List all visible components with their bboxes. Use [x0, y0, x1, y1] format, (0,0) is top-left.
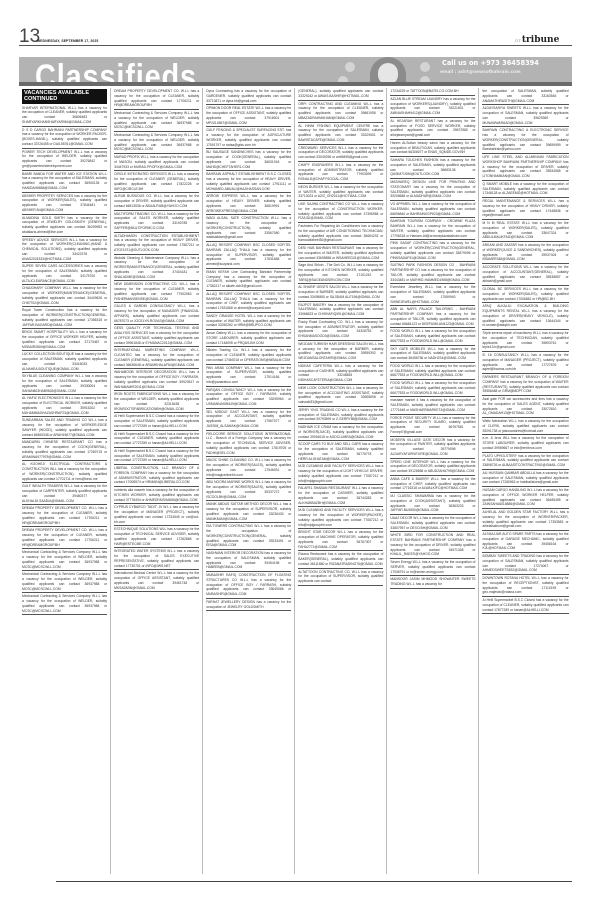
classified-ad: WADI ALSAIL SATE CONSTRUCTION W.L.L has …: [206, 215, 291, 242]
classified-ad: Seven Energy W.L.L has a vacancy for the…: [390, 559, 475, 576]
classified-ad: ORPI CONTRACTING AND CLEANING W.L.L has …: [298, 101, 383, 123]
classified-ad: SEL MIDDLE EAST W.L.L has a vacancy for …: [206, 409, 291, 431]
classified-ad: Sage And Sirloin - The Deli Co. W.L.L ha…: [298, 262, 383, 284]
classified-ad: LUCKY COLLECTION BOUTIQUE has a vacancy …: [22, 351, 107, 373]
classified-ad: OPINION DOOR REAL ESTATE W.L.L has a vac…: [206, 105, 291, 127]
header-rule: [272, 45, 572, 46]
classified-ad: ANNA CAFE & BAKERY W.L.L has a vacancy f…: [390, 476, 475, 493]
column-6: the occupation of SALESMAN, suitably qua…: [479, 88, 571, 874]
classified-ad: D S D CARGO BAHRAINI PARTNERSHIP COMPANY…: [22, 127, 107, 149]
classified-ad: Al Helli Supermarket B.S.C Closed has a …: [114, 431, 199, 448]
classified-ad: DESI HUB BAHRAIN RESTAURANT has a vacanc…: [298, 245, 383, 262]
classified-ad: ARROW EXPRESS W.L.L has a vacancy for th…: [206, 193, 291, 215]
classified-ad: REGAL MAINTENANCE & SERVICES W.L.L has a…: [482, 198, 568, 220]
classified-ad: MJ CLASSIC SHAWARMA has a vacancy for th…: [390, 493, 475, 515]
classified-ad: MULTIFORM TRADING CO. W.L.L has a vacanc…: [114, 211, 199, 233]
classified-ad: INTEGRATED WATER SYSTEMS W.L.L has a vac…: [114, 548, 199, 570]
classified-ad: SKY GATE MOBILES W.L.L has a vacancy for…: [390, 346, 475, 363]
classified-ad: BRICK SMART HOSPITALITY W.L.L has a vaca…: [22, 329, 107, 351]
classified-ad: BABRI BANDA FOR WATER AND ICE STATION W.…: [22, 171, 107, 193]
classified-ad: NEW LOOK CONSTRUCTION W.L.L has a vacanc…: [298, 385, 383, 407]
classified-ad: MANDARIN CHINESE RESTAURANT CO has a vac…: [22, 439, 107, 461]
classified-ad: RAJPOT BAKERY has a vacancy for the occu…: [298, 302, 383, 319]
classified-ad: Mechanical Contracting & Services Compan…: [22, 549, 107, 571]
classified-ad: UAAZ DECOR W.L.L has a vacancy for the o…: [390, 515, 475, 532]
classified-ad: 17234225 or TATTOON@BATELCO.COM.BH: [390, 88, 475, 96]
banner-underline: [19, 82, 572, 86]
classified-ad: WEJDAN TURKISH HAIR DRESSING SALON W.L.L…: [298, 341, 383, 363]
classified-ad: M N M REAL ESTATE W.L.L has a vacancy fo…: [482, 220, 568, 242]
classified-ad: ISA TOWERS CONTRACTING W.L.L has a vacan…: [206, 523, 291, 550]
classified-ad: MURAD PROFIX W.L.L has a vacancy for the…: [114, 154, 199, 171]
classified-ad: WHITE BIRD FOR CONSTRUCTION AND REAL EST…: [390, 532, 475, 559]
mobile-icon: [420, 62, 430, 72]
classified-ad: AZLAN BLUE STREAM LAUNDRY has a vacancy …: [390, 96, 475, 118]
classified-ad: SCOOP CARS TO BUY AND SELL CARS has a va…: [298, 441, 383, 463]
classified-ad: PAN ARAB COMPANY W.L.L has a vacancy for…: [206, 365, 291, 387]
classified-ad: ABU NOORA MARINE WORKS W.L.L has a vacan…: [206, 479, 291, 501]
classified-ad: NEW DIMENSION CONTRACTING CO. W.L.L has …: [114, 281, 199, 303]
column-4: (GENERAL), suitably qualified applicants…: [295, 88, 387, 874]
envelope-icon: [345, 62, 355, 72]
classified-ad: BU SAUSAGE SANDWICHES has a vacancy for …: [206, 149, 291, 171]
classified-ad: FARMERS RESTAURANT BRANCH OF A FOREIGN C…: [482, 374, 568, 396]
classified-ad: SKYBLUE CLEANING COMPANY W.L.L has a vac…: [22, 373, 107, 395]
classified-ad: LIKE SAJWA CONTRACTING CO W.L.L has a va…: [298, 201, 383, 223]
classified-ad: FARQAN CONSULTANCY W.L.L has a vacancy f…: [206, 387, 291, 409]
classified-ad: ALRUB BUSSIOUS CO. W.L.L has a vacancy f…: [114, 193, 199, 210]
classified-ad: MASHAREQ DESIGN LINE FOR PRINTING AND ST…: [390, 179, 475, 201]
classified-ad: FOOD WORLD W.L.L has a vacancy for the o…: [390, 363, 475, 380]
classified-ad: DREAM PROPERTY DEVELOPMENT CO. W.L.L has…: [22, 505, 107, 527]
logo-text: tribune: [522, 35, 559, 45]
classified-ad: ABN AL NAFIS PALACE TAILORING - BAHRAINI…: [390, 306, 475, 328]
classified-ad: BAHRAIN TOURISM COMPANY - CROWNE PLAZA B…: [390, 218, 475, 240]
header-rule: [19, 45, 272, 46]
classified-ad: ALDAYSARIYA SWEETS W.L.L has a vacancy f…: [482, 105, 568, 127]
classified-ad: BOMBAY SWEETS AND TRADING has a vacancy …: [482, 553, 568, 575]
page-number: 13: [19, 28, 40, 46]
classified-ad: PLATO UPHOLSTERY has a vacancy for the o…: [482, 453, 568, 470]
classified-ad: NIDHAS CAFETERIA W.L.L has a vacancy for…: [298, 363, 383, 385]
classified-ad: ALMADINA GOLD SMITH has a vacancy for th…: [22, 215, 107, 237]
classified-ad: ESTECHNIQUE SOLUTIONS WLL has a vacancy …: [114, 526, 199, 548]
classified-ad: ABSHER PROPRTEY SERVICES has a vacancy f…: [22, 193, 107, 215]
classified-ad: VG APPAREL W.L.L has a vacancy for the o…: [390, 201, 475, 218]
classified-ad: SPEED LINE INTERIOR W.L.L has a vacancy …: [390, 459, 475, 476]
banner-title: Classifieds: [35, 57, 197, 82]
classified-ad: Al Helli Supermarket B.S.C Closed has a …: [114, 413, 199, 430]
classified-ad: ALLAQ RESORT COMPANY BSC CLOSED SOFITEL …: [206, 242, 291, 269]
classified-ad: the occupation of SALESMAN, suitably qua…: [482, 88, 568, 105]
classified-ad: INTERNATIONAL MARKETING COMPANY W.L.L CL…: [114, 347, 199, 369]
classified-ad: AL HINNI FISHING EQUIPMENT CENTRE has a …: [298, 123, 383, 145]
classified-ad: CHAUDHARY COMPANY W.L.L has a vacancy fo…: [22, 285, 107, 307]
classified-ad: nutrients alia naseeb has a vacancy for …: [114, 487, 199, 504]
classified-ad: NASHWAN INTERIOR DECORATION has a vacanc…: [206, 550, 291, 572]
classified-ad: JERRY YING TRADING CO W.L.L has a vacanc…: [298, 407, 383, 424]
footer-rule: [56, 881, 364, 882]
classified-ad: CIRCLE INTEGRATED SERVICES W.L.L has a v…: [114, 171, 199, 193]
classified-ad: International Medical Centre W.L.L has a…: [114, 570, 199, 592]
classified-ad: LIBERAL CONSTRUCTION, LLC BRANCH OF A FO…: [114, 465, 199, 487]
classified-ad: FORCE POINT SECURITY W.L.L has a vacancy…: [390, 415, 475, 437]
classified-ad: GULF WEALTH TRADERS W.L.L has a vacancy …: [22, 483, 107, 505]
classified-ad: Nibalm Trading Co. W.L.L has a vacancy f…: [206, 347, 291, 364]
logo-prefix: DT: [515, 38, 521, 43]
classified-ad: ALTADHAMON CONSTRUCTION ESTABLISHMENT ha…: [114, 233, 199, 255]
classified-ad: Q SMART MOBILE has a vacancy for the occ…: [482, 181, 568, 198]
classifieds-columns: VACANCIES AVAILABLE CONTINUED SHARYAR IN…: [19, 88, 572, 874]
classified-ad: ALLAQ RESORT COMPANY BSC CLOSED SOFITEL …: [206, 291, 291, 313]
classified-ad: LIFE LINE STEEL AND ALUMINIUM FABRICATIO…: [482, 154, 568, 181]
classified-ad: AL HEJARAH RESTURANT has a vacancy for t…: [390, 118, 475, 140]
classified-ad: (GENERAL), suitably qualified applicants…: [298, 88, 383, 101]
newspaper-logo: DTtribune: [515, 35, 559, 45]
classified-ad: Al Helli Supermarket B.S.C Closed has a …: [482, 597, 568, 614]
classified-ad: Mechanical Contracting & Services Compan…: [114, 110, 199, 132]
classified-ad: SAHARA TOUCHES FASHION has a vacancy for…: [390, 157, 475, 179]
classified-ad: SHARYAR INTERNATIONAL W.L.L has a vacanc…: [22, 105, 107, 127]
column-3: Dyna Contracting has a vacancy for the o…: [203, 88, 295, 874]
classified-ad: FOOD WORLD W.L.L has a vacancy for the o…: [390, 328, 475, 345]
classified-ad: CREDWARD SERVICES W.L.L has a vacancy fo…: [298, 145, 383, 162]
contact-email: email : advt@newsofbahrain.com: [440, 70, 521, 75]
classified-ad: Royal Tower Construction has a vacancy f…: [22, 307, 107, 329]
classified-ad: Rocky Road Contracting CO. W.L.L has a v…: [298, 319, 383, 341]
classified-ad: Triple sevens repair of machinery W.L.L …: [482, 330, 568, 352]
issue-date: WEDNESDAY, SEPTEMBER 17, 2025: [37, 39, 98, 43]
classified-ad: MANIK ABDUS SATTAR METHOD DECOR W.L.L ha…: [206, 501, 291, 523]
classified-ad: GULF FENCING & SPECIALIST SURFACING EST.…: [206, 127, 291, 149]
classified-ad: GILLES & GARDIN CONSULTANCY W.L.L has a …: [114, 303, 199, 325]
classified-ad: NADHAW ICE CRAM has a vacancy for the oc…: [298, 424, 383, 441]
classified-ad: BAHRAIN CONTRACTING & ELECTRONIC SERVICE…: [482, 127, 568, 154]
classified-ad: Fastmens For Repairing Air Conditioners …: [298, 223, 383, 245]
classified-ad: FALAFEL SHABAN RESTAURANT W.L.L has a va…: [298, 485, 383, 507]
classified-ad: FARHAT JEWELLERY DESIGN has a vacancy fo…: [206, 599, 291, 612]
classified-ad: HUSAM CARGO HANDLING W.L.L has a vacancy…: [482, 487, 568, 509]
column-5: 17234225 or TATTOON@BATELCO.COM.BHAZLAN …: [387, 88, 479, 874]
classified-ad: FOOD WORLD W.L.L has a vacancy for the o…: [390, 380, 475, 397]
classified-ad: Mechanical Contracting & Services Compan…: [22, 593, 107, 615]
classified-ad: DOWNTOWN ROTANA HOTEL W.L.L has a vacanc…: [482, 575, 568, 597]
classified-ad: FIELDCORE SERVICE SOLUTIONS INTERNATIONA…: [206, 431, 291, 458]
classified-ad: Al Helli Supermarket B.S.C Closed has a …: [114, 448, 199, 465]
classified-ad: MUBASHIR RAFIQ CONSTRUCTION OF FLOATING …: [206, 572, 291, 599]
classified-ad: PINK SADAF CONTRACTING has a vacancy for…: [390, 240, 475, 262]
footer-rule: [364, 881, 572, 882]
classified-ad: NEON BURGER W.L.L has a vacancy for the …: [298, 184, 383, 201]
classified-ad: Rizana Restaurant has a vacancy for the …: [298, 551, 383, 568]
classified-ad: MJD CLEANING AND FACILITY SERVICES W.L.L…: [298, 507, 383, 529]
classified-ad: BRIGHT STAR DECOR W.L.L has a vacancy fo…: [298, 529, 383, 551]
classified-ad: Abdulal Cleaning & Maintenance Company W…: [114, 255, 199, 282]
section-heading: VACANCIES AVAILABLE CONTINUED: [22, 89, 107, 104]
classified-ad: Weltz fabrication W.L.L has a vacancy fo…: [482, 418, 568, 435]
classified-ad: Dyna Contracting has a vacancy for the o…: [206, 88, 291, 105]
column-2: DREAM PROPERTY DEVELOPMENT CO. W.L.L has…: [111, 88, 203, 874]
classified-ad: Ansar Gallery W.L.L has a vacancy for th…: [206, 330, 291, 347]
classified-ad: SUITING PARK FASHION DESIGN CO - BAHRAIN…: [390, 262, 475, 284]
classified-ad: MJD CLEANING AND FACILITY SERVICES W.L.L…: [298, 463, 383, 485]
classified-ad: e.m. & bros WLL has a vacancy for the oc…: [482, 435, 568, 452]
page-header: 13 WEDNESDAY, SEPTEMBER 17, 2025: [19, 28, 272, 46]
classified-ad: MODERN VILLAGE GATE DECOR has a vacancy …: [390, 437, 475, 459]
classified-ad: ALHELAL AND GOLDEN STAR FACTORY W.L.L ha…: [482, 509, 568, 531]
classified-ad: GESS QUALITY FOR TECHNICAL TESTING AND A…: [114, 325, 199, 347]
classified-ad: EMAN KEFAH Line Contracting Bahraini Par…: [206, 269, 291, 291]
classified-ad: GLOBAL BC SERVICES W.L.L has a vacancy f…: [482, 286, 568, 303]
classified-ad: MAGIC SHINE CLEANING CO. W.L.L has a vac…: [206, 457, 291, 479]
classified-ad: AL KOOHEJI ELECTRICAL CONTRACTORS & CONS…: [22, 461, 107, 483]
classified-ad: Azal gate FOR car accessories and tires …: [482, 396, 568, 418]
classified-ad: AL SHARIF GENTS SALON W.L.L has a vacanc…: [298, 284, 383, 301]
classified-ad: Mechanical Contracting & Services Compan…: [22, 571, 107, 593]
classified-ad: ARKANI AND ZAATAR has a vacancy for the …: [482, 242, 568, 264]
classified-ad: ALTATTOON CONTRACTING CO. W.L.L has a va…: [298, 569, 383, 586]
classified-ad: SUPER SEVEN CARS ACCESSORIES has a vacan…: [22, 263, 107, 285]
classified-ad: AFAQ ALKALILI EXCAVATION & BUILDING EQUI…: [482, 303, 568, 330]
classified-ad: SPEEDY ADVICE SERVICES W.L.L has a vacan…: [22, 237, 107, 264]
classified-ad: POWER TECH DEVELOPMENT W.L.L has a vacan…: [22, 149, 107, 171]
classified-ad: Evershine Jewellery W.L.L has a vacancy …: [390, 284, 475, 306]
classified-ad: WAHABOOB INTERIOR DECORATION W.L.L has a…: [114, 369, 199, 391]
classified-ad: CYPRUS CYBARCO 'TADIT' JV W.L.L has a va…: [114, 504, 199, 526]
classified-ad: IRON ROOTS FABRICATIONS W.L.L has a vaca…: [114, 391, 199, 413]
phone-number: Call us on +973 36458394: [442, 59, 539, 67]
classified-ad: ACCORATE SOLUTIONS W.L.L has a vacancy f…: [482, 264, 568, 286]
classified-ad: CHAPY ENGRAVERS W.L.L has a vacancy for …: [298, 162, 383, 184]
classified-ad: DREAM PROPERTY DEVELOPMENT CO. W.L.L has…: [114, 88, 199, 110]
classified-ad: ALSHAJJAR AUTO SPARE PARTS has a vacancy…: [482, 531, 568, 553]
classified-ad: MANSOOR JASIM MHMOOD SHOWAITER SWEETS TR…: [390, 576, 475, 589]
classified-ad: DREAM PROPERTY DEVELOPMENT CO. W.L.L has…: [22, 527, 107, 549]
classified-ad: Mechanical Contracting & Services Compan…: [114, 132, 199, 154]
classified-ad: SANDY ORANGE HOTEL W.L.L has a vacancy f…: [206, 313, 291, 330]
classified-ad: BAHRAIN ASPHALT ESTABLISHMENT B.S.C CLOS…: [206, 171, 291, 193]
classified-ad: Harem ALSultan beauty salon has a vacanc…: [390, 140, 475, 157]
classified-ad: ALI HUSSAIN QAMBAR ABDULLA has a vacancy…: [482, 470, 568, 487]
column-1: VACANCIES AVAILABLE CONTINUED SHARYAR IN…: [19, 88, 111, 874]
classified-ad: AL HAFIZ ELECTRONICES W.L.L has a vacanc…: [22, 395, 107, 417]
classified-ad: B. 16 CONSULTANCY W.L.L has a vacancy fo…: [482, 352, 568, 374]
classified-ad: mashaer market 4 has a vacancy for the o…: [390, 397, 475, 414]
classified-ad: SUNDARBAN SALES AND TRADING CO W.L.L has…: [22, 417, 107, 439]
